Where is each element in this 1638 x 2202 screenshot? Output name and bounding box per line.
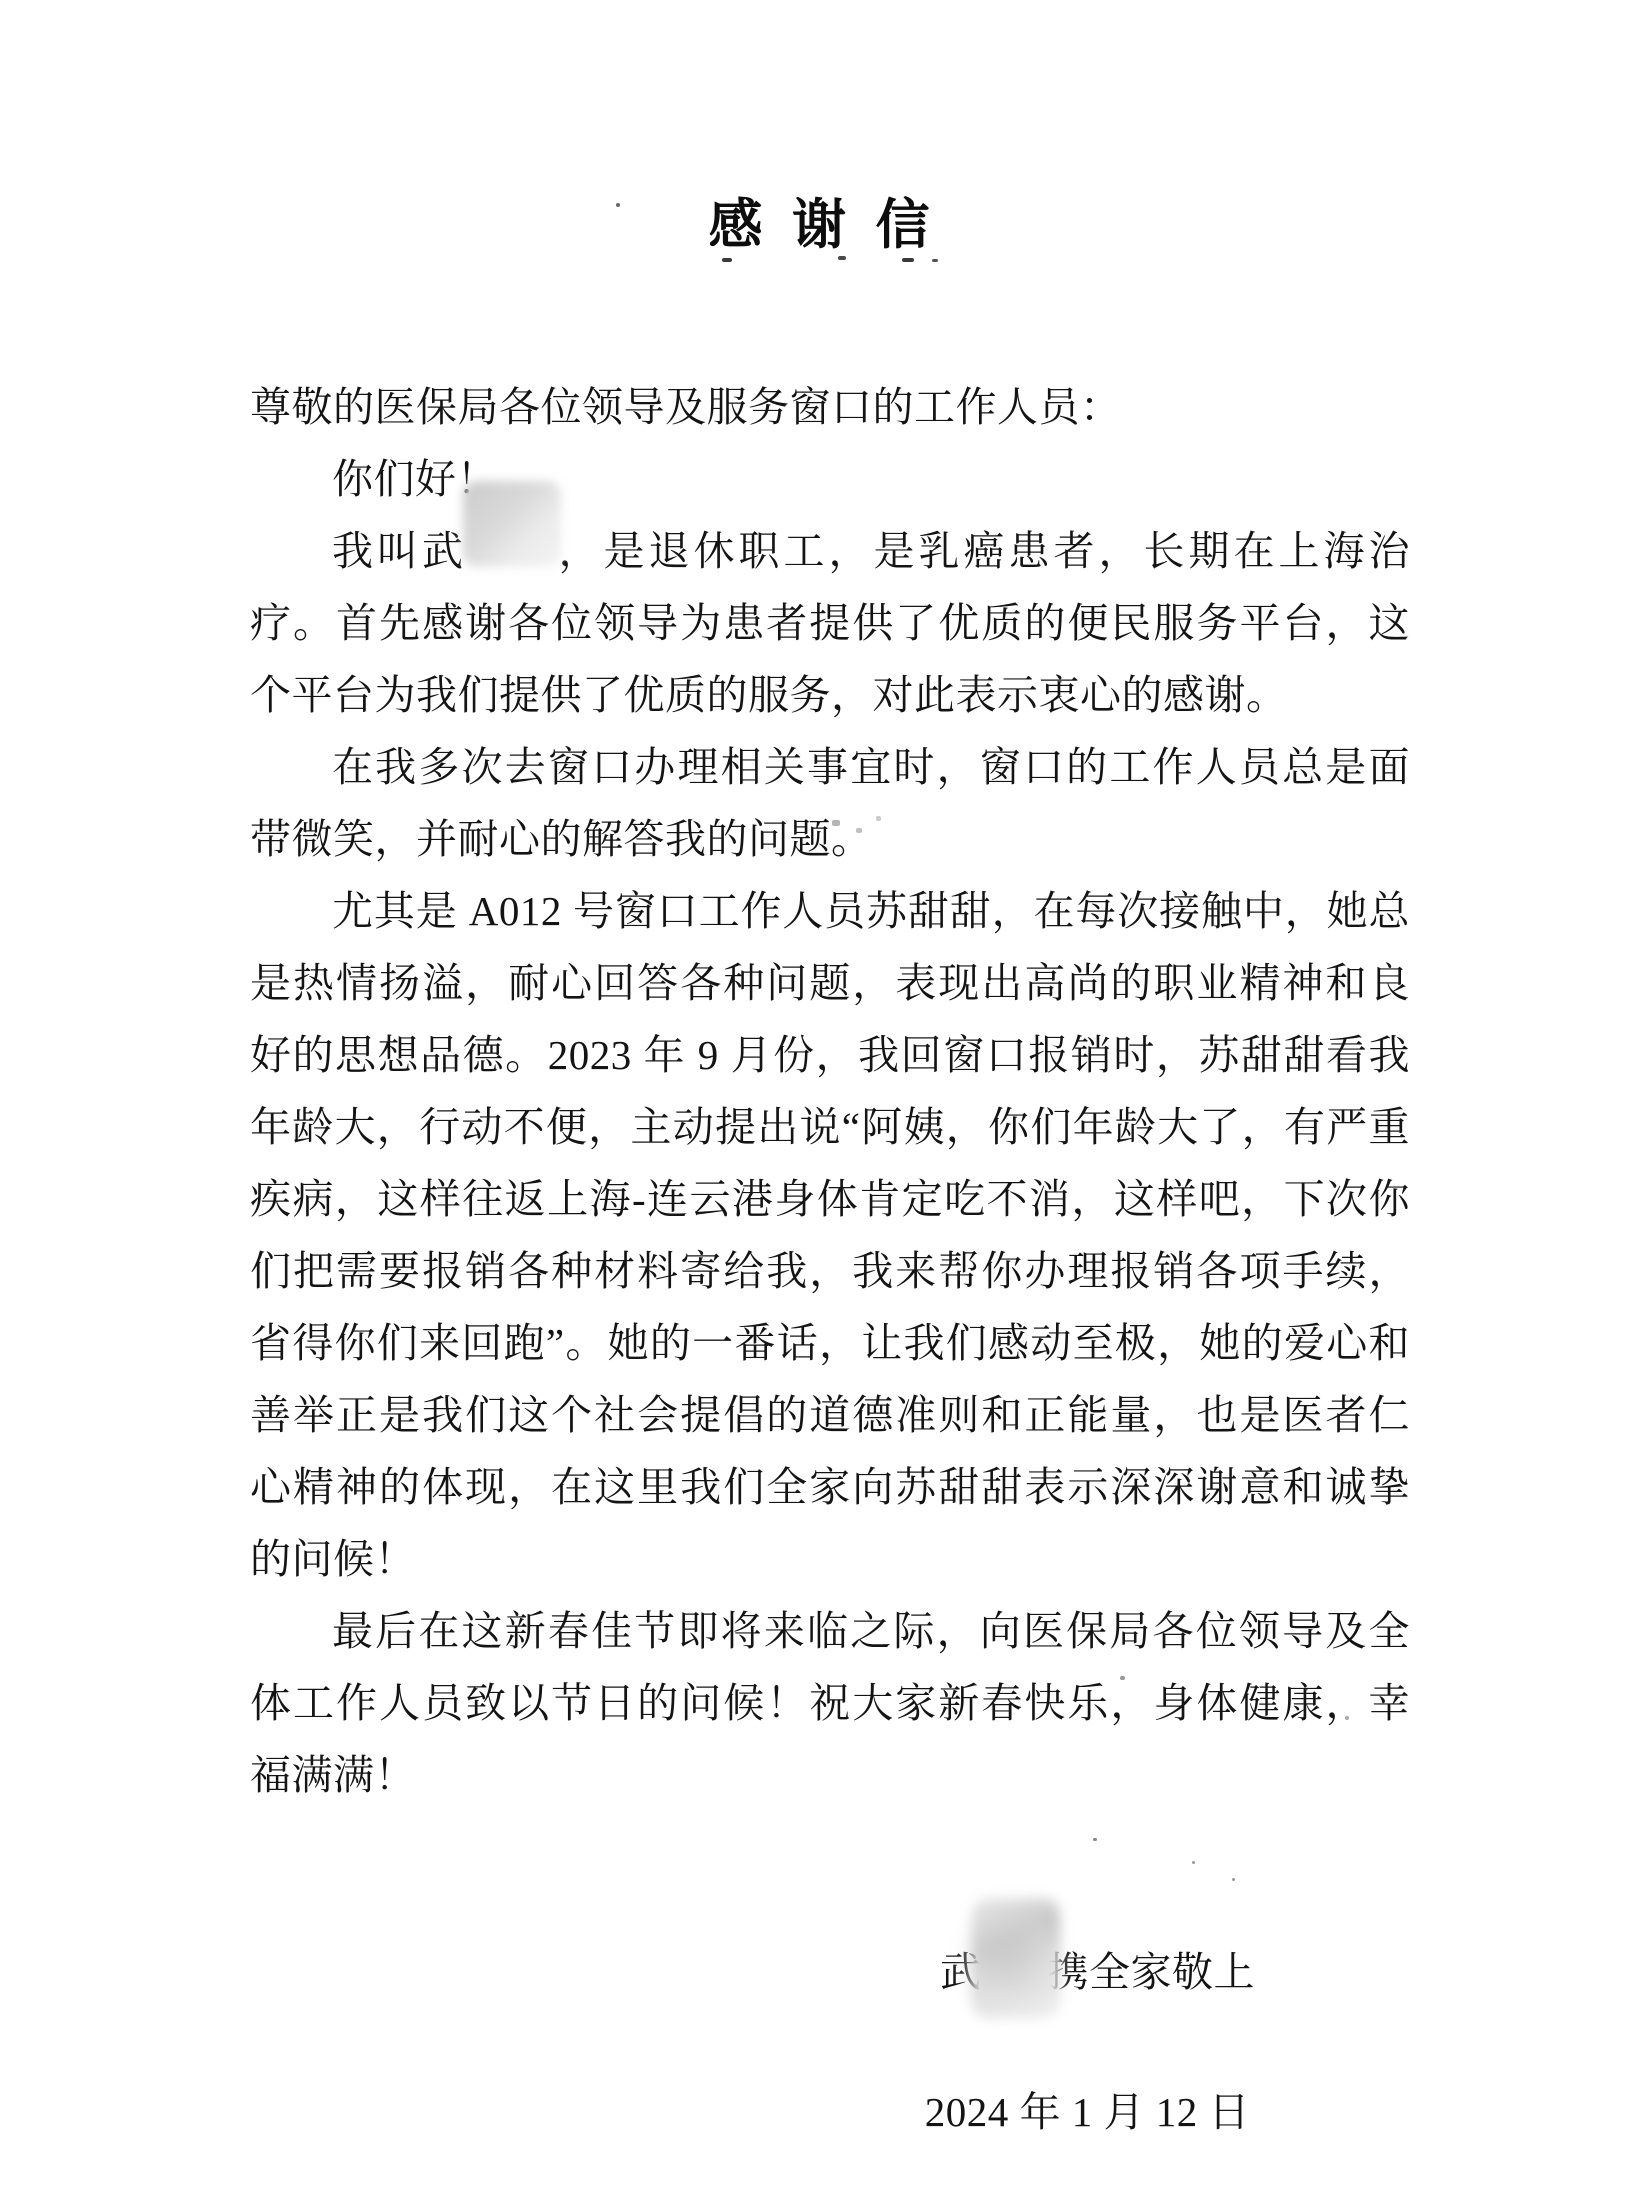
scan-noise xyxy=(1192,1861,1195,1864)
scanned-letter-page: 感 谢 信 尊敬的医保局各位领导及服务窗口的工作人员： 你们好！ 我叫武，是退休… xyxy=(0,0,1638,2202)
paragraph-closing: 最后在这新春佳节即将来临之际，向医保局各位领导及全体工作人员致以节日的问候！祝大… xyxy=(250,1595,1410,1811)
date-line: 2024 年 1 月 12 日 xyxy=(250,2076,1410,2148)
scan-noise xyxy=(1232,1878,1235,1881)
letter-title: 感 谢 信 xyxy=(0,198,1638,253)
intro-prefix: 我叫武 xyxy=(332,528,467,574)
salutation: 尊敬的医保局各位领导及服务窗口的工作人员： xyxy=(250,371,1410,443)
scan-noise xyxy=(876,816,881,821)
scan-noise xyxy=(1345,1716,1349,1720)
signature-suffix: 携全家敬上 xyxy=(1048,1949,1256,1995)
letter-body: 尊敬的医保局各位领导及服务窗口的工作人员： 你们好！ 我叫武，是退休职工，是乳癌… xyxy=(250,371,1410,2148)
scan-noise xyxy=(856,828,862,833)
scan-noise xyxy=(932,259,938,262)
paragraph-praise: 尤其是 A012 号窗口工作人员苏甜甜，在每次接触中，她总是热情扬溢，耐心回答各… xyxy=(250,875,1410,1595)
scan-noise xyxy=(1093,1838,1097,1841)
scan-noise xyxy=(832,820,840,826)
scan-noise xyxy=(1120,1676,1125,1680)
signature-line: 武携全家敬上 xyxy=(250,1936,1410,2008)
scan-noise xyxy=(902,258,914,262)
scan-noise xyxy=(722,258,732,262)
scan-smudge xyxy=(955,1920,1065,2020)
paragraph-intro: 我叫武，是退休职工，是乳癌患者，长期在上海治疗。首先感谢各位领导为患者提供了优质… xyxy=(250,515,1410,731)
greeting: 你们好！ xyxy=(250,443,1410,515)
scan-noise xyxy=(838,256,846,260)
scan-noise xyxy=(616,203,620,207)
redacted-name-blur xyxy=(467,559,555,565)
paragraph-window-service: 在我多次去窗口办理相关事宜时，窗口的工作人员总是面带微笑，并耐心的解答我的问题。 xyxy=(250,731,1410,875)
